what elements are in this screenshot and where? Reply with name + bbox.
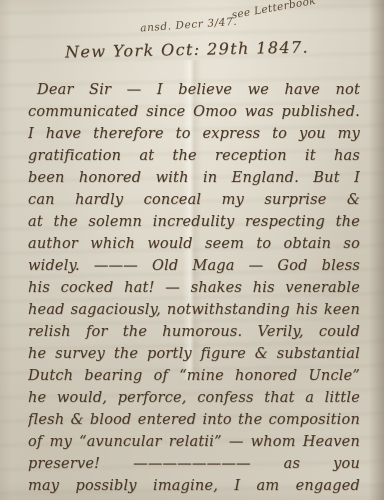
letter-line: Dutch bearing of “mine honored Uncle”	[28, 365, 360, 387]
letter-line: he would, perforce, confess that a littl…	[28, 387, 360, 409]
letter-line: may possibly imagine, I am engaged	[28, 475, 360, 497]
letter-line: Dear Sir — I believe we have not	[28, 79, 360, 101]
letter-line: preserve! ———————— as you	[28, 453, 360, 475]
letter-line: I have therefore to express to you my	[28, 123, 360, 145]
letter-line: head sagaciously, notwithstanding his ke…	[28, 299, 360, 321]
docket-answered-date: ansd. Decr 3/47.	[140, 16, 238, 35]
letter-line: relish for the humorous. Verily, could	[28, 321, 360, 343]
letter-line: can hardly conceal my surprise & diversi…	[28, 189, 360, 211]
letter-line: been honored with in England. But I	[28, 167, 360, 189]
letter-line: gratification at the reception it has	[28, 145, 360, 167]
letter-line: he survey the portly figure & substantia…	[28, 343, 360, 365]
docket-letterbook-note: see Letterbook	[231, 0, 317, 21]
letter-body: Dear Sir — I believe we have not communi…	[28, 79, 360, 497]
letter-line: communicated since Omoo was published.	[28, 101, 360, 123]
letter-line: author which would seem to obtain so	[28, 233, 360, 255]
letter-line: widely. ——— Old Maga — God bless	[28, 255, 360, 277]
letter-dateline: New York Oct: 29th 1847.	[40, 37, 334, 62]
letter-line: his cocked hat! — shakes his venerable	[28, 277, 360, 299]
letter-page: see Letterbook ansd. Decr 3/47. New York…	[0, 0, 384, 500]
letter-line: at the solemn incredulity respecting the	[28, 211, 360, 233]
letter-line: of my “avuncular relatii” — whom Heaven	[28, 431, 360, 453]
letter-line: flesh & blood entered into the compositi…	[28, 409, 360, 431]
